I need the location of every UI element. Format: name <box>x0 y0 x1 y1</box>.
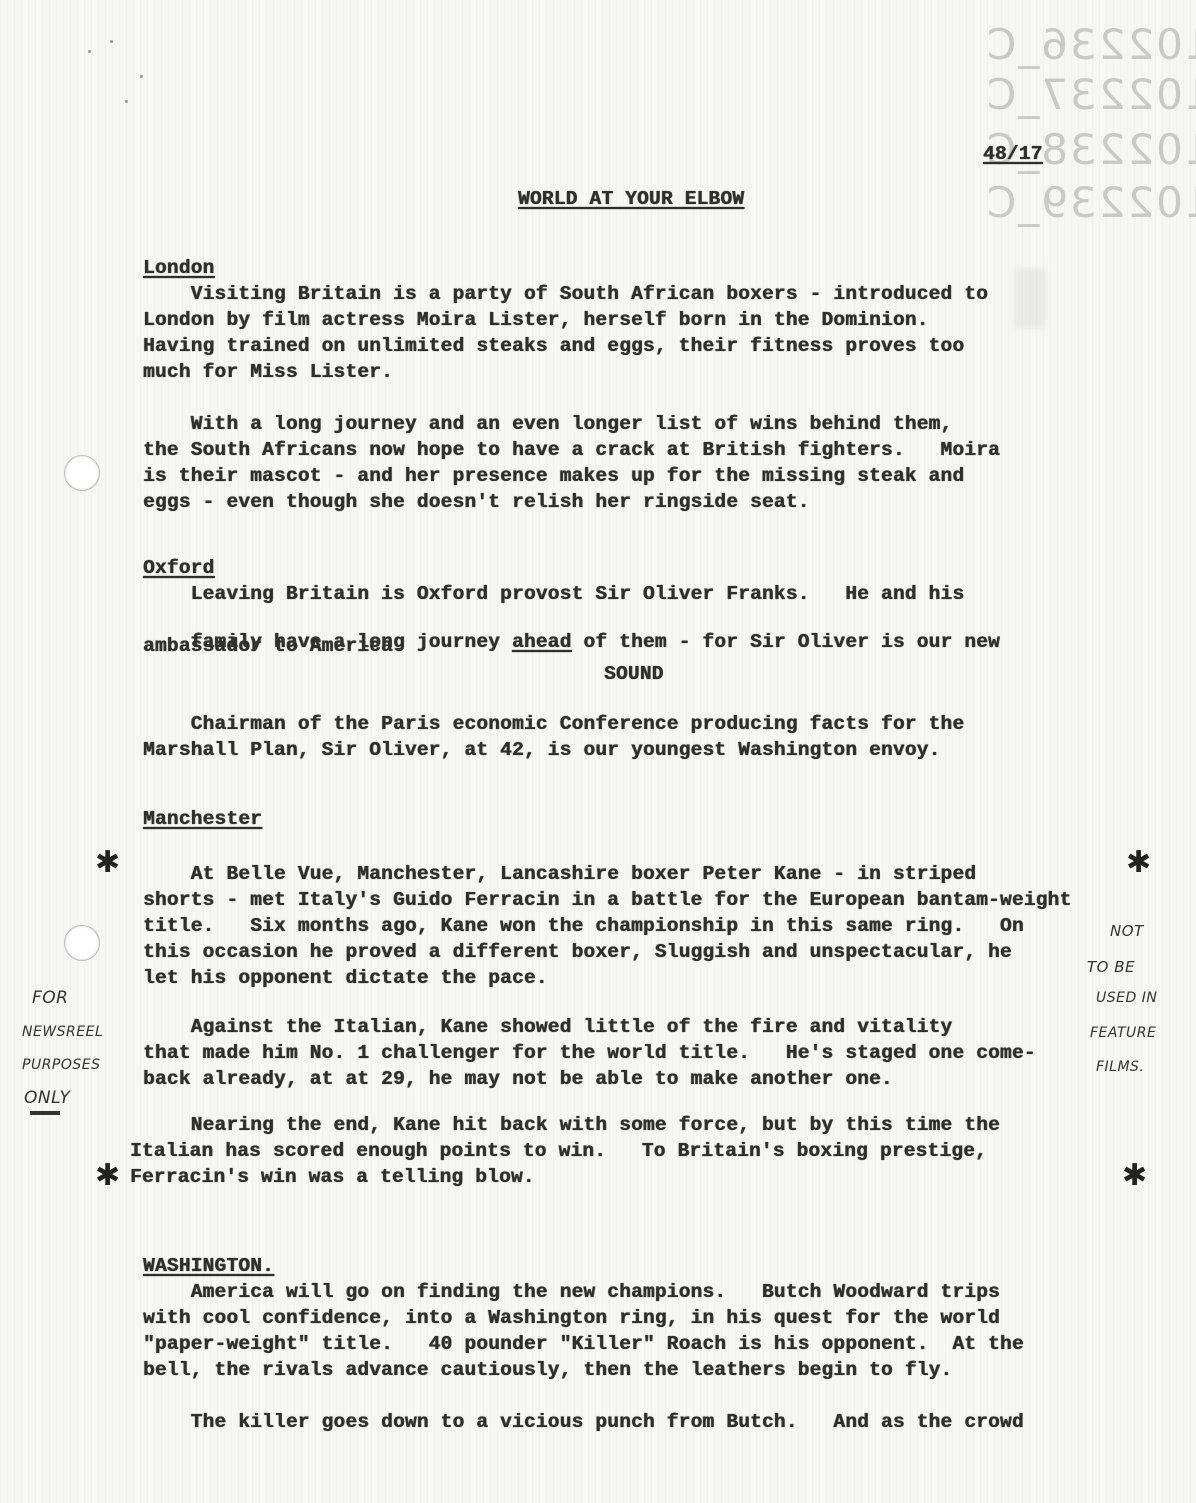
hole-punch <box>64 455 100 491</box>
margin-note-left: ONLY <box>24 1088 70 1108</box>
margin-note-left: PURPOSES <box>22 1057 101 1073</box>
paragraph-line: Nearing the end, Kane hit back with some… <box>143 1114 1000 1136</box>
paragraph-line: title. Six months ago, Kane won the cham… <box>143 915 1024 937</box>
margin-note-right: FEATURE <box>1090 1025 1156 1041</box>
paragraph-line: the South Africans now hope to have a cr… <box>143 439 1000 461</box>
asterisk-mark: ✱ <box>1126 845 1151 880</box>
section-heading-london: London <box>143 257 214 279</box>
section-heading-manchester: Manchester <box>143 808 262 830</box>
margin-note-left: NEWSREEL <box>22 1024 103 1040</box>
asterisk-mark: ✱ <box>1122 1158 1147 1193</box>
underlined-word: ahead <box>512 631 572 653</box>
smudge <box>1015 268 1045 328</box>
margin-note-right: TO BE <box>1087 958 1135 976</box>
paragraph-line: shorts - met Italy's Guido Ferracin in a… <box>143 889 1071 911</box>
paragraph-line: Italian has scored enough points to win.… <box>130 1140 987 1162</box>
bleed-through-number: 102236_C <box>985 20 1196 69</box>
section-heading-washington: WASHINGTON. <box>143 1255 274 1277</box>
paragraph-line: With a long journey and an even longer l… <box>143 413 952 435</box>
asterisk-mark: ✱ <box>95 845 120 880</box>
paragraph-line: with cool confidence, into a Washington … <box>143 1307 1000 1329</box>
paragraph-line: Visiting Britain is a party of South Afr… <box>143 283 988 305</box>
margin-note-left: FOR <box>32 988 68 1008</box>
reference-number: 48/17 <box>983 143 1043 165</box>
text-run: of them - for Sir Oliver is our new <box>571 631 999 653</box>
paragraph-line: this occasion he proved a different boxe… <box>143 941 1012 963</box>
margin-note-right: NOT <box>1110 922 1144 940</box>
sound-cue: SOUND <box>604 663 664 685</box>
paragraph-line: America will go on finding the new champ… <box>143 1281 1000 1303</box>
paragraph-line: Marshall Plan, Sir Oliver, at 42, is our… <box>143 739 940 761</box>
paragraph-line: Having trained on unlimited steaks and e… <box>143 335 964 357</box>
page-title: WORLD AT YOUR ELBOW <box>518 188 744 210</box>
paragraph-line: eggs - even though she doesn't relish he… <box>143 491 810 513</box>
paragraph-line: At Belle Vue, Manchester, Lancashire box… <box>143 863 976 885</box>
paragraph-line: Against the Italian, Kane showed little … <box>143 1016 952 1038</box>
paragraph-line: ambassador to America. <box>143 635 405 657</box>
section-heading-oxford: Oxford <box>143 557 214 579</box>
paragraph-line: The killer goes down to a vicious punch … <box>143 1411 1024 1433</box>
document-page: 102236_C 102237_C 102238_C 102239_C 48/1… <box>0 0 1196 1503</box>
bleed-through-number: 102237_C <box>985 70 1196 119</box>
paragraph-line: London by film actress Moira Lister, her… <box>143 309 929 331</box>
bleed-through-number: 102239_C <box>985 178 1196 227</box>
margin-note-right: USED IN <box>1096 990 1157 1006</box>
underline-stroke <box>30 1111 60 1115</box>
paragraph-line: Ferracin's win was a telling blow. <box>130 1166 535 1188</box>
paragraph-line: is their mascot - and her presence makes… <box>143 465 964 487</box>
paragraph-line: "paper-weight" title. 40 pounder "Killer… <box>143 1333 1024 1355</box>
paragraph-line: Chairman of the Paris economic Conferenc… <box>143 713 964 735</box>
paragraph-line: let his opponent dictate the pace. <box>143 967 548 989</box>
paragraph-line: back already, at at 29, he may not be ab… <box>143 1068 893 1090</box>
paragraph-line: Leaving Britain is Oxford provost Sir Ol… <box>143 583 964 605</box>
margin-note-right: FILMS. <box>1096 1059 1144 1075</box>
asterisk-mark: ✱ <box>95 1158 120 1193</box>
paragraph-line: bell, the rivals advance cautiously, the… <box>143 1359 952 1381</box>
paragraph-line: much for Miss Lister. <box>143 361 393 383</box>
paper-specks <box>80 30 180 150</box>
hole-punch <box>64 925 100 961</box>
paragraph-line: that made him No. 1 challenger for the w… <box>143 1042 1036 1064</box>
